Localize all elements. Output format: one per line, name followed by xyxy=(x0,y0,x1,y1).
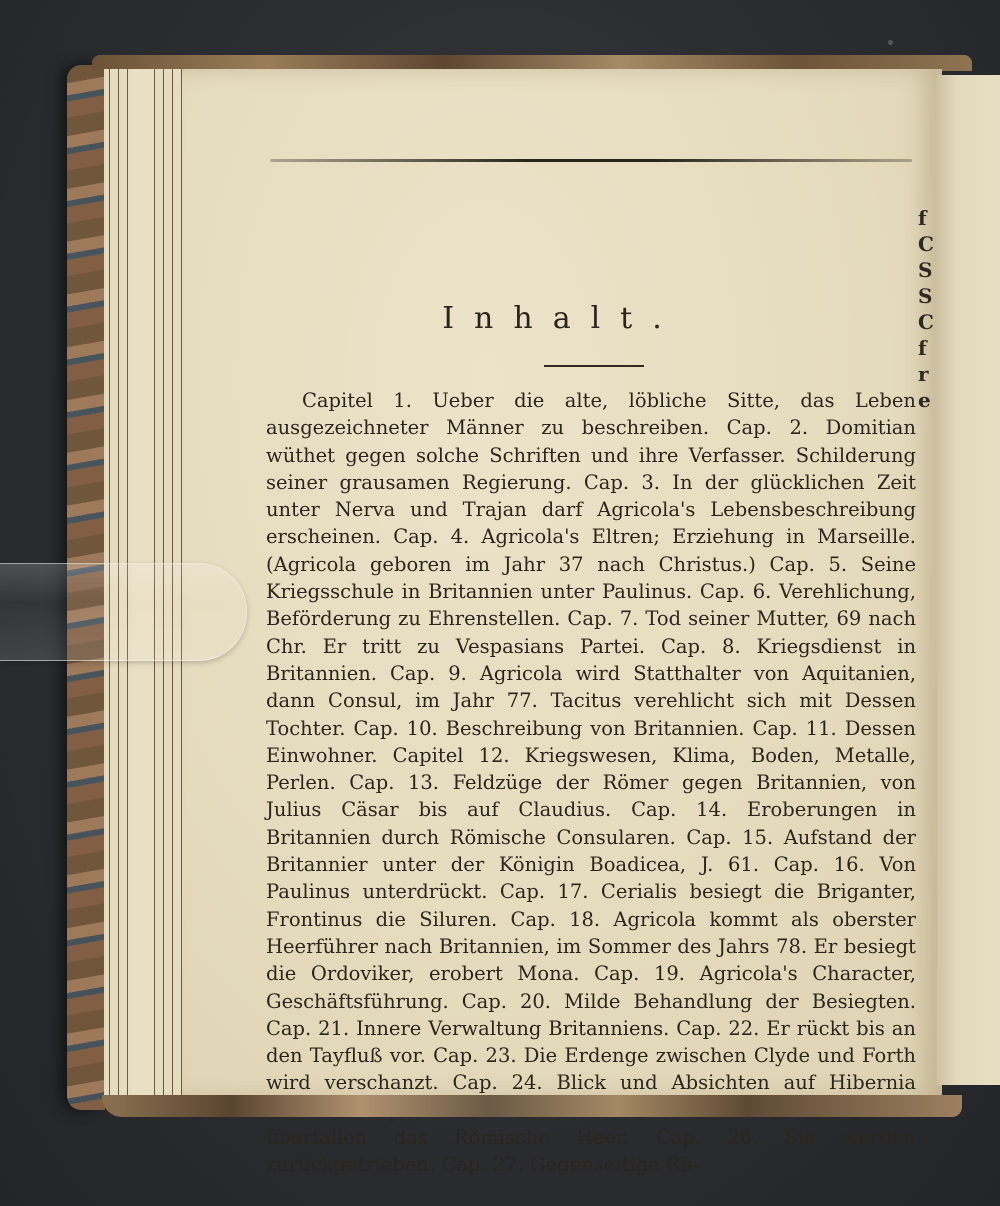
chapter-label: Cap. 2. xyxy=(727,416,826,439)
chapter-label: Cap. 13. xyxy=(349,771,452,794)
chapter-label: Cap. 17. xyxy=(500,880,601,903)
chapter-label: Cap. 6. xyxy=(700,580,779,603)
chapter-label: Cap. 23. xyxy=(433,1044,524,1067)
chapter-label: Cap. 11. xyxy=(752,717,844,740)
chapter-label: Cap. 18. xyxy=(511,908,614,931)
chapter-label: Cap. 15. xyxy=(686,826,783,849)
chapter-label: Cap. 16. xyxy=(774,853,880,876)
chapter-label: Capitel 12. xyxy=(393,744,525,767)
next-page-text: f C S S C f r e xyxy=(918,205,938,413)
chapter-summary: Gegenseitige Rü- xyxy=(530,1153,700,1176)
chapter-label: Cap. 21. xyxy=(266,1017,356,1040)
title-rule xyxy=(544,365,644,367)
chapter-label: Cap. 19. xyxy=(594,962,699,985)
chapter-label: Cap. 9. xyxy=(390,662,480,685)
next-page-edge xyxy=(937,75,1000,1085)
chapter-label: Cap. 22. xyxy=(676,1017,766,1040)
chapter-summary: Innere Verwaltung Britanniens. xyxy=(356,1017,676,1040)
chapter-label: Cap. 26. xyxy=(656,1126,785,1149)
cover-bottom-edge xyxy=(102,1095,962,1117)
header-rule xyxy=(270,159,912,162)
chapter-label: Cap. 5. xyxy=(770,553,861,576)
page-title: Inhalt. xyxy=(182,301,942,336)
chapter-label: Cap. 8. xyxy=(661,635,757,658)
table-of-contents: Capitel 1. Ueber die alte, löbliche Sitt… xyxy=(266,387,916,1179)
dust-speck xyxy=(888,40,893,45)
chapter-label: Cap. 7. xyxy=(567,607,645,630)
chapter-summary: Beschreibung von Britannien. xyxy=(446,717,753,740)
chapter-label: Capitel 1. xyxy=(302,389,432,412)
chapter-label: Cap. 10. xyxy=(353,717,445,740)
chapter-label: Cap. 4. xyxy=(393,525,481,548)
chapter-label: Cap. 27. xyxy=(441,1153,530,1176)
chapter-label: Cap. 24. xyxy=(452,1071,556,1094)
contents-page: Inhalt. Capitel 1. Ueber die alte, löbli… xyxy=(182,69,942,1099)
chapter-label: Cap. 20. xyxy=(462,990,564,1013)
chapter-label: Cap. 3. xyxy=(584,471,672,494)
chapter-summary: Milde Behandlung der Besiegten. xyxy=(564,990,916,1013)
transparent-bookmark[interactable] xyxy=(0,563,247,661)
chapter-label: Cap. 14. xyxy=(631,798,747,821)
